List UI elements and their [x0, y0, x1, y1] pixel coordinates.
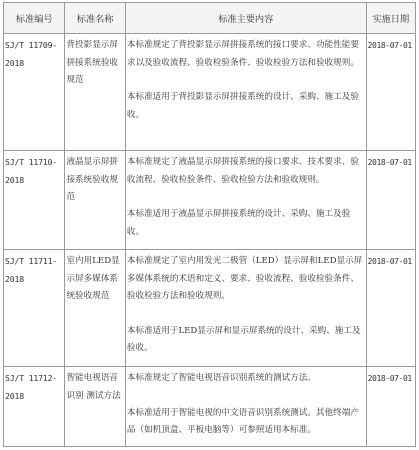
standards-table: 标准编号 标准名称 标准主要内容 实施日期 SJ/T 11709- 2018 背…: [3, 2, 416, 447]
standard-code-line1: SJ/T 11712-: [5, 370, 63, 388]
header-effective-date: 实施日期: [366, 3, 415, 34]
standard-code-cell: SJ/T 11711- 2018: [4, 250, 65, 367]
standard-name-cell: 背投影显示屏拼接系统验收规范: [65, 34, 125, 151]
header-standard-name: 标准名称: [65, 3, 125, 34]
content-paragraph: 本标准规定了背投影显示屏拼接系统的接口要求、功能性能要求以及验收流程、验收检验条…: [127, 37, 365, 72]
effective-date-cell: 2018-07-01: [366, 367, 415, 447]
table-row: SJ/T 11709- 2018 背投影显示屏拼接系统验收规范 本标准规定了背投…: [4, 34, 416, 151]
standard-code-line1: SJ/T 11711-: [5, 253, 63, 271]
effective-date-cell: 2018-07-01: [366, 34, 415, 151]
standard-code-line2: 2018: [5, 55, 63, 73]
standard-code-line2: 2018: [5, 172, 63, 190]
standard-code-line1: SJ/T 11710-: [5, 154, 63, 172]
content-paragraph: 本标准适用于智能电视的中文语音识别系统测试。其他终端产品（如机顶盒、平板电脑等）…: [127, 405, 365, 440]
content-paragraph: 本标准适用于背投影显示屏拼接系统的设计、采购、施工及验收。: [127, 89, 365, 124]
standard-content-cell: 本标准规定了智能电视语音识别系统的测试方法。 本标准适用于智能电视的中文语音识别…: [125, 367, 366, 447]
standard-code-line1: SJ/T 11709-: [5, 37, 63, 55]
content-paragraph: 本标准适用于LED显示屏和显示屏系统的设计、采购、施工及验收。: [127, 323, 365, 358]
standard-code-line2: 2018: [5, 388, 63, 406]
header-standard-code: 标准编号: [4, 3, 65, 34]
standard-code-line2: 2018: [5, 271, 63, 289]
content-paragraph: 本标准规定了液晶显示屏拼接系统的接口要求、技术要求、验收流程、验收检验条件、验收…: [127, 154, 365, 189]
table-row: SJ/T 11712- 2018 智能电视语音识别 测试方法 本标准规定了智能电…: [4, 367, 416, 447]
effective-date-cell: 2018-07-01: [366, 250, 415, 367]
standard-content-cell: 本标准规定了室内用发光二极管（LED）显示屏和LED显示屏多媒体系统的术语和定义…: [125, 250, 366, 367]
standard-name-cell: 室内用LED显示屏多媒体系统验收规范: [65, 250, 125, 367]
standard-code-cell: SJ/T 11709- 2018: [4, 34, 65, 151]
standard-name-cell: 液晶显示屏拼接系统验收规范: [65, 151, 125, 250]
standard-name-cell: 智能电视语音识别 测试方法: [65, 367, 125, 447]
standard-content-cell: 本标准规定了液晶显示屏拼接系统的接口要求、技术要求、验收流程、验收检验条件、验收…: [125, 151, 366, 250]
standard-code-cell: SJ/T 11710- 2018: [4, 151, 65, 250]
header-row: 标准编号 标准名称 标准主要内容 实施日期: [4, 3, 416, 34]
content-paragraph: 本标准规定了室内用发光二极管（LED）显示屏和LED显示屏多媒体系统的术语和定义…: [127, 253, 365, 306]
header-main-content: 标准主要内容: [125, 3, 366, 34]
standard-code-cell: SJ/T 11712- 2018: [4, 367, 65, 447]
table-row: SJ/T 11710- 2018 液晶显示屏拼接系统验收规范 本标准规定了液晶显…: [4, 151, 416, 250]
content-paragraph: 本标准规定了智能电视语音识别系统的测试方法。: [127, 370, 365, 388]
content-paragraph: 本标准适用于液晶显示屏拼接系统的设计、采购、施工及验收。: [127, 206, 365, 241]
effective-date-cell: 2018-07-01: [366, 151, 415, 250]
standard-content-cell: 本标准规定了背投影显示屏拼接系统的接口要求、功能性能要求以及验收流程、验收检验条…: [125, 34, 366, 151]
table-row: SJ/T 11711- 2018 室内用LED显示屏多媒体系统验收规范 本标准规…: [4, 250, 416, 367]
